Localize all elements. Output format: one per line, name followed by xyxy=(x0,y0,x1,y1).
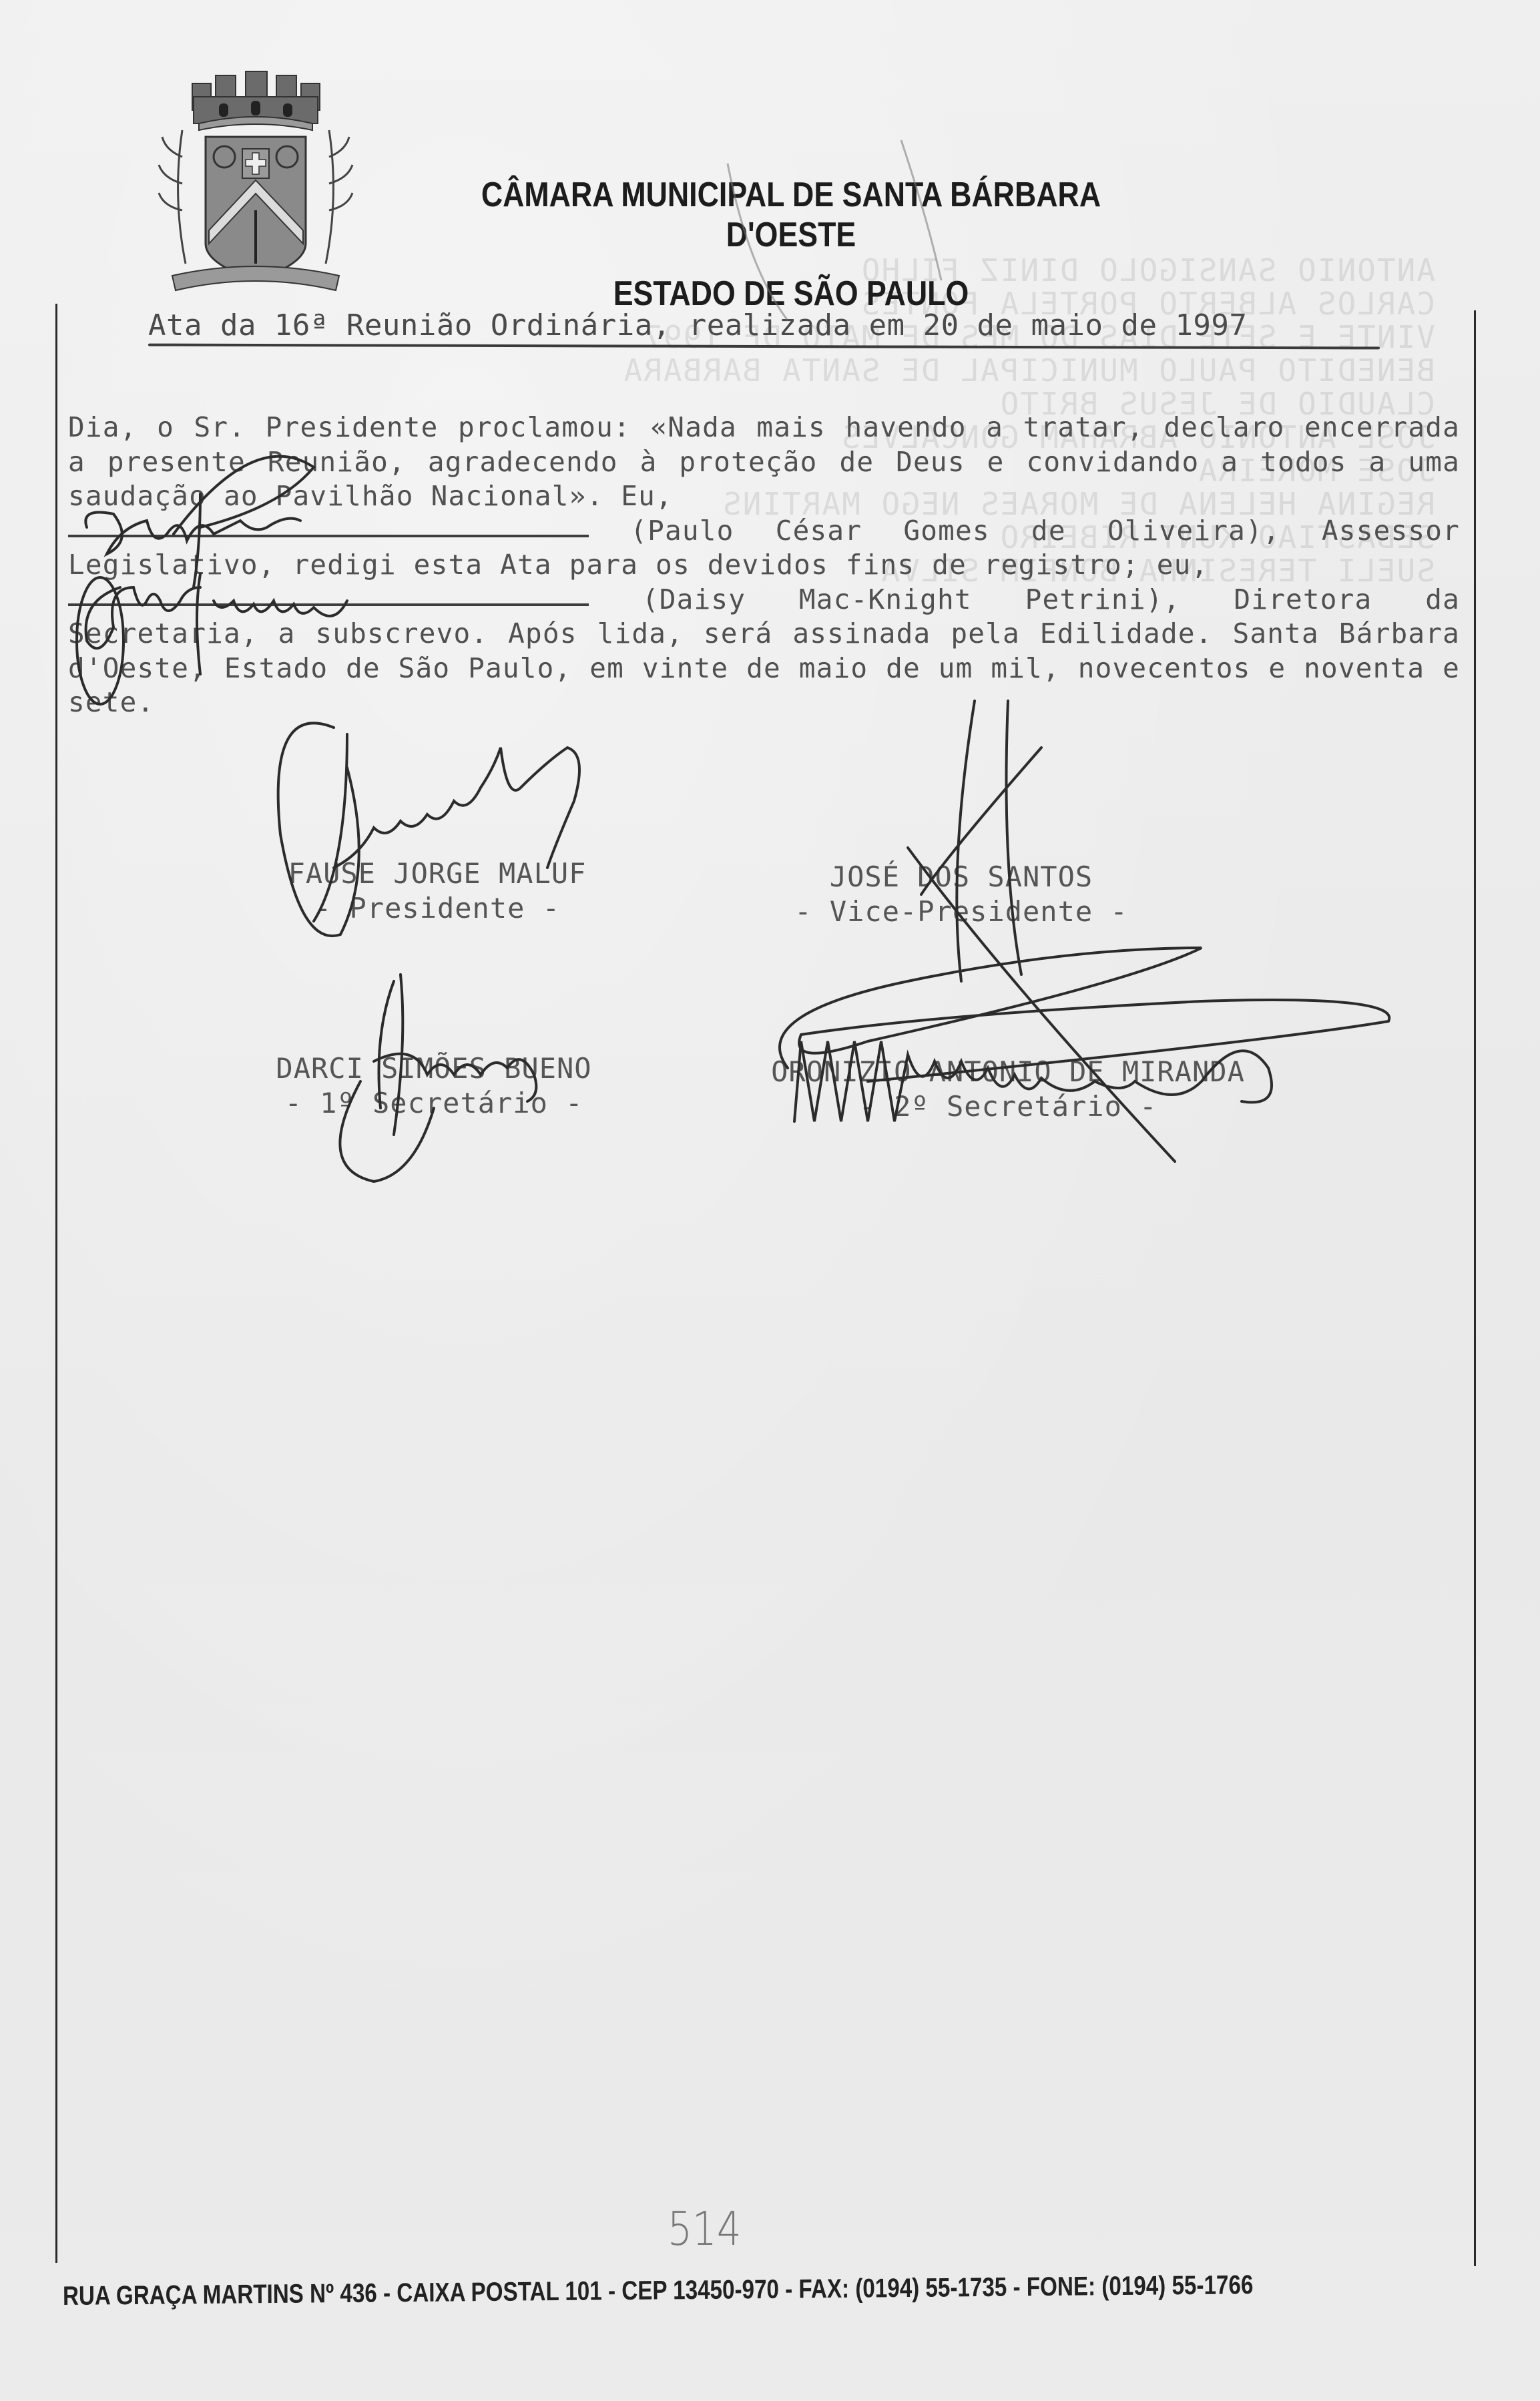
signatory-name: ORONIZIO ANTONIO DE MIRANDA xyxy=(721,1055,1295,1089)
municipal-coat-of-arms-icon xyxy=(146,63,366,297)
signatory-president: FAUSE JORGE MALUF - Presidente - xyxy=(264,856,611,926)
signature-line-assessor xyxy=(68,535,589,537)
signatory-role: - Vice-Presidente - xyxy=(768,894,1155,929)
signatory-role: - 1º Secretário - xyxy=(254,1086,614,1121)
signatory-vice-president: JOSÉ DOS SANTOS - Vice-Presidente - xyxy=(768,860,1155,929)
body-paragraph-1: Dia, o Sr. Presidente proclamou: «Nada m… xyxy=(68,411,1460,514)
signatory-second-secretary: ORONIZIO ANTONIO DE MIRANDA - 2º Secretá… xyxy=(721,1055,1295,1124)
right-margin-rule xyxy=(1474,310,1476,2266)
signatory-role: - 2º Secretário - xyxy=(721,1089,1295,1124)
body-paragraph-2: (Paulo César Gomes de Oliveira), Assesso… xyxy=(68,515,1460,581)
minutes-body: Dia, o Sr. Presidente proclamou: «Nada m… xyxy=(68,411,1460,720)
state-name: ESTADO DE SÃO PAULO xyxy=(433,274,1150,314)
signatory-first-secretary: DARCI SIMÕES BUENO - 1º Secretário - xyxy=(254,1051,614,1121)
signatory-role: - Presidente - xyxy=(264,891,611,926)
signatory-name: JOSÉ DOS SANTOS xyxy=(768,860,1155,894)
left-margin-rule xyxy=(55,304,57,2263)
signature-line-diretora xyxy=(68,603,589,606)
signatory-name: FAUSE JORGE MALUF xyxy=(264,856,611,891)
signatory-name: DARCI SIMÕES BUENO xyxy=(254,1051,614,1086)
page-number: 514 xyxy=(668,2201,742,2256)
institution-name: CÂMARA MUNICIPAL DE SANTA BÁRBARA D'OEST… xyxy=(433,175,1150,255)
letterhead: CÂMARA MUNICIPAL DE SANTA BÁRBARA D'OEST… xyxy=(433,175,1150,314)
document-title: Ata da 16ª Reunião Ordinária, realizada … xyxy=(148,308,1247,342)
